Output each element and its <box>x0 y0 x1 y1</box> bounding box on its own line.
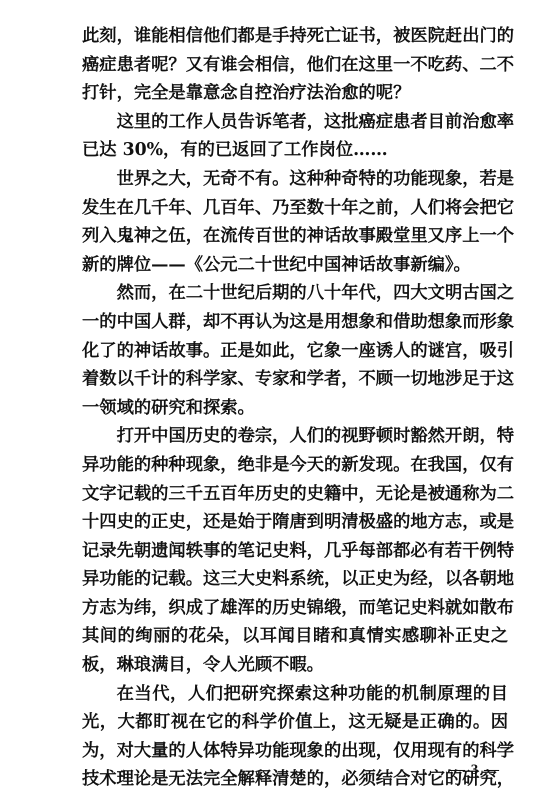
text-line: 在当代，人们把研究探索这种功能的机制原理的目 <box>82 680 508 709</box>
page-number: — 3 — <box>440 762 510 779</box>
paragraph: 此刻，谁能相信他们都是手持死亡证书，被医院赶出门的癌症患者呢？又有谁会相信，他们… <box>82 22 508 108</box>
text-line: 癌症患者呢？又有谁会相信，他们在这里一不吃药、二不 <box>82 51 508 80</box>
text-line: 此刻，谁能相信他们都是手持死亡证书，被医院赶出门的 <box>82 22 508 51</box>
text-line: 文字记载的三千五百年历史的史籍中，无论是被通称为二 <box>82 480 508 509</box>
text-line: 记录先朝遗闻轶事的笔记史料，几乎每部都必有若干例特 <box>82 537 508 566</box>
body-text: 此刻，谁能相信他们都是手持死亡证书，被医院赶出门的癌症患者呢？又有谁会相信，他们… <box>82 22 508 790</box>
text-line: 化了的神话故事。正是如此，它象一座诱人的谜宫，吸引 <box>82 337 508 366</box>
paragraph: 世界之大，无奇不有。这种种奇特的功能现象，若是发生在几千年、几百年、乃至数十年之… <box>82 165 508 279</box>
text-line: 一领域的研究和探索。 <box>82 394 508 423</box>
text-line: 光，大都盯视在它的科学价值上，这无疑是正确的。因 <box>82 708 508 737</box>
book-page: 此刻，谁能相信他们都是手持死亡证书，被医院赶出门的癌症患者呢？又有谁会相信，他们… <box>0 0 545 790</box>
text-line: 方志为纬，织成了雄浑的历史锦缎，而笔记史料就如散布 <box>82 594 508 623</box>
paragraph: 打开中国历史的卷宗，人们的视野顿时豁然开朗，特异功能的种种现象，绝非是今天的新发… <box>82 422 508 679</box>
text-line: 其间的绚丽的花朵，以耳闻目睹和真情实感聊补正史之 <box>82 622 508 651</box>
text-line: 打针，完全是靠意念自控治疗法治愈的呢？ <box>82 79 508 108</box>
paragraph: 然而，在二十世纪后期的八十年代，四大文明古国之一的中国人群，却不再认为这是用想象… <box>82 279 508 422</box>
text-line: 打开中国历史的卷宗，人们的视野顿时豁然开朗，特 <box>82 422 508 451</box>
text-line: 异功能的种种现象，绝非是今天的新发现。在我国，仅有 <box>82 451 508 480</box>
paragraph: 这里的工作人员告诉笔者，这批癌症患者目前治愈率已达 30%，有的已返回了工作岗位… <box>82 108 508 165</box>
text-line: 列入鬼神之伍，在流传百世的神话故事殿堂里又序上一个 <box>82 222 508 251</box>
text-line: 一的中国人群，却不再认为这是用想象和借助想象而形象 <box>82 308 508 337</box>
text-line: 异功能的记载。这三大史料系统，以正史为经，以各朝地 <box>82 565 508 594</box>
text-line: 着数以千计的科学家、专家和学者，不顾一切地涉足于这 <box>82 365 508 394</box>
text-line: 新的牌位——《公元二十世纪中国神话故事新编》。 <box>82 251 508 280</box>
text-line: 十四史的正史，还是始于隋唐到明清极盛的地方志，或是 <box>82 508 508 537</box>
text-line: 已达 30%，有的已返回了工作岗位…… <box>82 136 508 165</box>
text-line: 发生在几千年、几百年、乃至数十年之前，人们将会把它 <box>82 194 508 223</box>
text-line: 这里的工作人员告诉笔者，这批癌症患者目前治愈率 <box>82 108 508 137</box>
text-line: 板，琳琅满目，令人光顾不暇。 <box>82 651 508 680</box>
text-line: 世界之大，无奇不有。这种种奇特的功能现象，若是 <box>82 165 508 194</box>
text-line: 然而，在二十世纪后期的八十年代，四大文明古国之 <box>82 279 508 308</box>
